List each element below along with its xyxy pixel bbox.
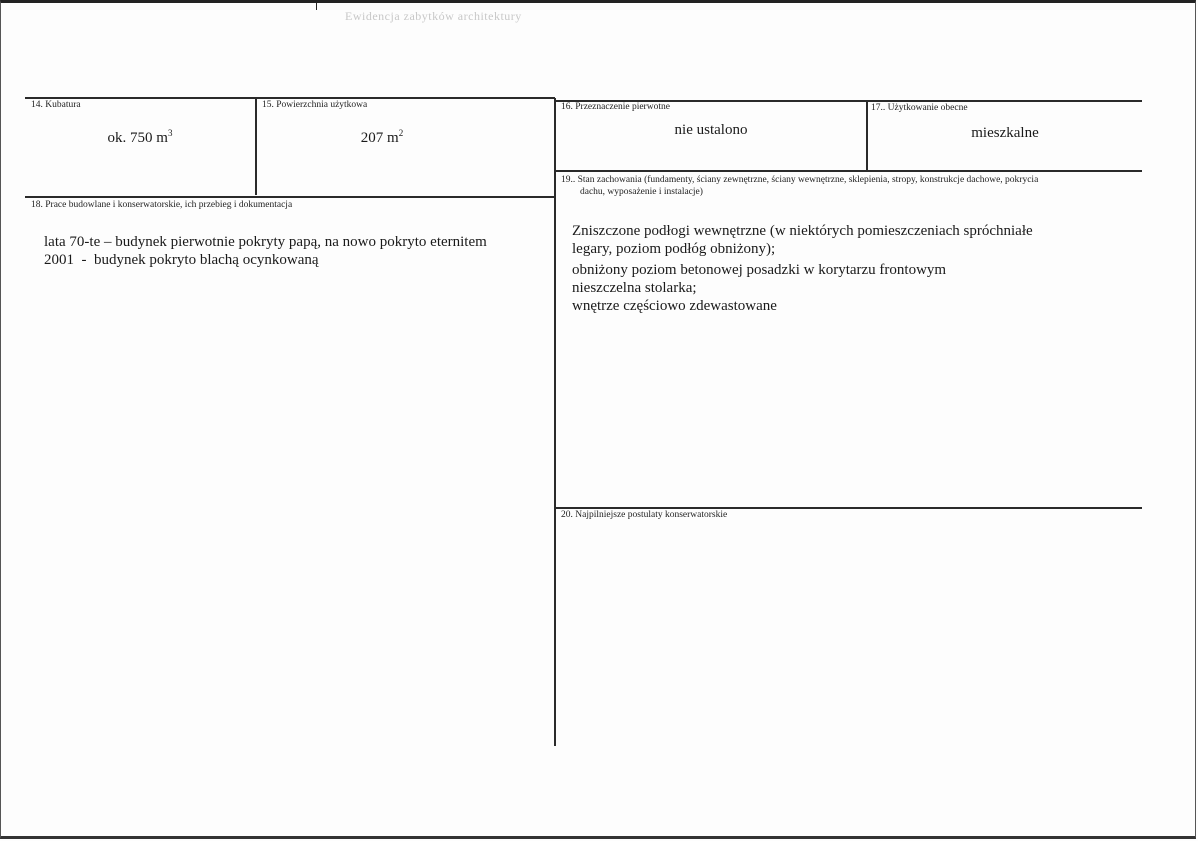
bleed-through-text: Ewidencja zabytków architektury	[345, 9, 522, 24]
field-18-line-2: 2001 - budynek pokryto blachą ocynkowaną	[44, 251, 319, 269]
rule-below-16-17	[555, 170, 1142, 172]
field-17-value: mieszkalne	[868, 125, 1142, 142]
field-19-label: 19.. Stan zachowania (fundamenty, ściany…	[561, 174, 1121, 198]
field-15-label: 15. Powierzchnia użytkowa	[262, 100, 367, 110]
field-15-number: 207 m	[361, 130, 399, 146]
field-19-line-1: Zniszczone podłogi wewnętrzne (w niektór…	[572, 222, 1033, 240]
field-19-line-3: obniżony poziom betonowej posadzki w kor…	[572, 261, 946, 279]
field-20-label: 20. Najpilniejsze postulaty konserwators…	[561, 510, 727, 520]
field-18-line-1: lata 70-te – budynek pierwotnie pokryty …	[44, 233, 487, 251]
field-15-unit-exponent: 2	[399, 128, 404, 138]
rule-top-left	[25, 97, 555, 99]
field-15-value: 207 m2	[257, 128, 507, 147]
field-19-line-2: legary, poziom podłóg obniżony);	[572, 240, 775, 258]
field-17-label: 17.. Użytkowanie obecne	[871, 103, 968, 113]
rule-above-20	[555, 507, 1142, 509]
field-14-unit-exponent: 3	[168, 128, 173, 138]
field-19-line-5: wnętrze częściowo zdewastowane	[572, 297, 777, 315]
field-14-value: ok. 750 m3	[25, 128, 255, 147]
field-19-label-line-1: 19.. Stan zachowania (fundamenty, ściany…	[561, 174, 1121, 186]
field-16-label: 16. Przeznaczenie pierwotne	[561, 102, 670, 112]
field-14-number: ok. 750 m	[108, 130, 168, 146]
rule-below-14-15	[25, 196, 555, 198]
field-18-label: 18. Prace budowlane i konserwatorskie, i…	[31, 200, 292, 210]
field-19-label-line-2: dachu, wyposażenie i instalacje)	[561, 186, 1121, 198]
field-14-label: 14. Kubatura	[31, 100, 81, 110]
field-19-line-4: nieszczelna stolarka;	[572, 279, 697, 297]
top-divider	[316, 0, 317, 10]
field-16-value: nie ustalono	[556, 122, 866, 139]
